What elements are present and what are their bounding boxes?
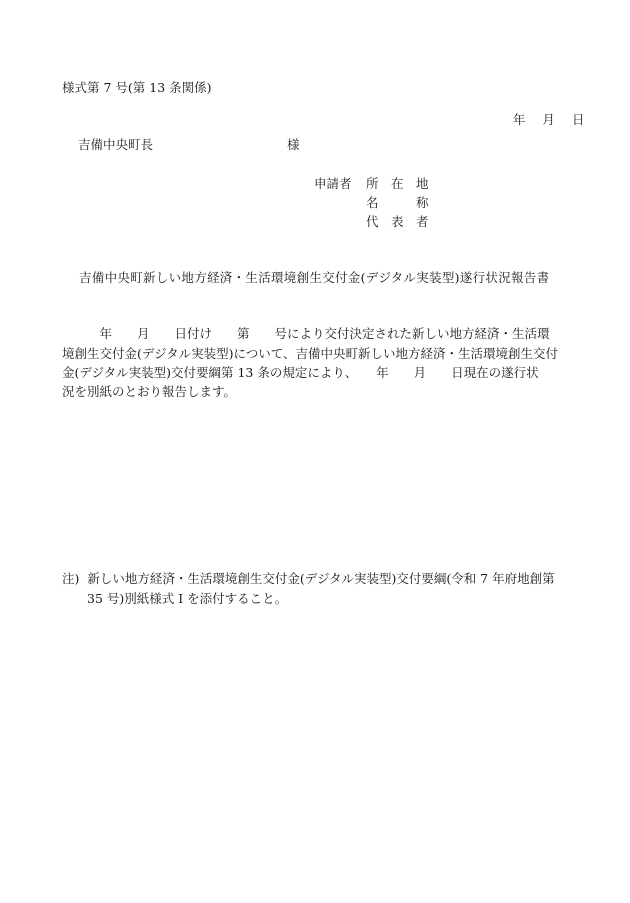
applicant-label: 申請者 <box>314 177 352 191</box>
applicant-name-label: 名 称 <box>366 196 429 210</box>
body-line: 境創生交付金(デジタル実装型)について、吉備中央町新しい地方経済・生活環境創生交… <box>62 347 558 361</box>
note-line: 35 号)別紙様式 I を添付すること。 <box>62 592 287 606</box>
date-year: 年 <box>513 112 526 127</box>
body-line: 金(デジタル実装型)交付要綱第 13 条の規定により、 年 月 日現在の遂行状 <box>62 366 539 380</box>
date-month: 月 <box>542 112 555 127</box>
body-line: 況を別紙のとおり報告します。 <box>62 385 236 399</box>
date-day: 日 <box>572 112 585 127</box>
addressee-name: 吉備中央町長 <box>78 138 153 152</box>
addressee-honorific: 様 <box>287 138 300 152</box>
note-line: 注) 新しい地方経済・生活環境創生交付金(デジタル実装型)交付要綱(令和 7 年… <box>62 572 555 586</box>
date-line: 年月日 <box>497 99 584 141</box>
body-line: 年 月 日付け 第 号により交付決定された新しい地方経済・生活環 <box>62 327 550 341</box>
applicant-address-label: 所 在 地 <box>366 177 429 191</box>
applicant-representative-label: 代 表 者 <box>366 215 429 229</box>
document-title: 吉備中央町新しい地方経済・生活環境創生交付金(デジタル実装型)遂行状況報告書 <box>79 271 549 285</box>
form-label: 様式第 7 号(第 13 条関係) <box>62 81 212 95</box>
